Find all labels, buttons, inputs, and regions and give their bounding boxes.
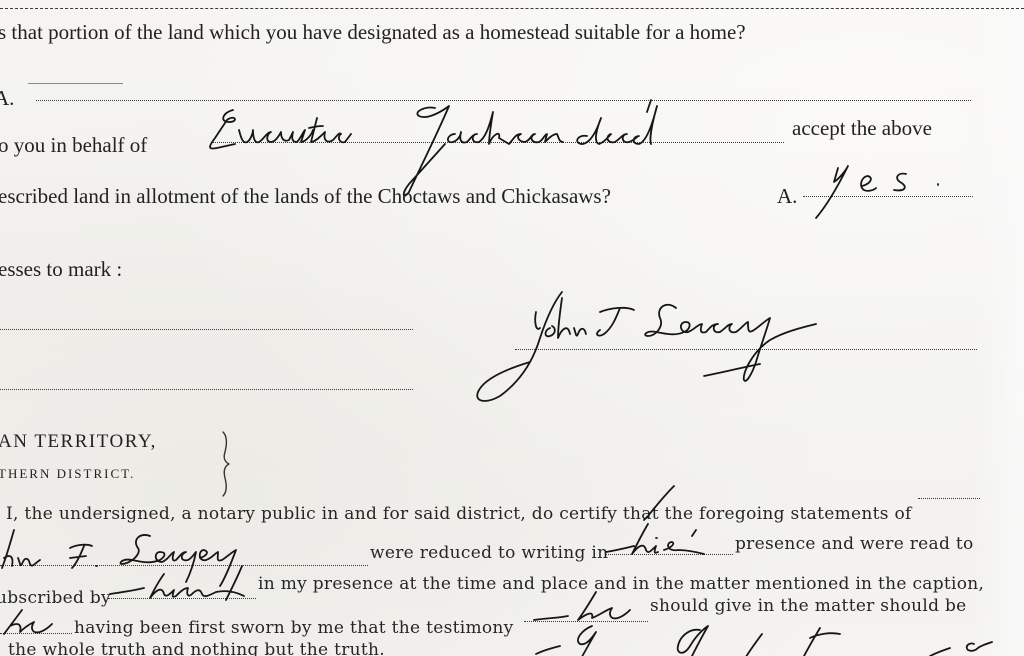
witnesses-label: esses to mark : <box>0 259 122 280</box>
venue-brace <box>215 430 235 500</box>
witness-line-2[interactable] <box>0 389 413 390</box>
handwritten-he <box>0 608 80 638</box>
stray-mark <box>28 83 123 84</box>
handwritten-him <box>100 560 270 610</box>
certification-line4b: should give in the matter should be <box>650 598 967 615</box>
certification-line4a: having been first sworn by me that the t… <box>74 620 514 637</box>
handwritten-stroke <box>640 484 680 524</box>
homestead-answer-label: A. <box>0 88 14 109</box>
certification-line1: I, the undersigned, a notary public in a… <box>6 506 912 523</box>
venue-district: THERN DISTRICT. <box>0 467 135 480</box>
venue-territory: AN TERRITORY, <box>0 432 157 451</box>
top-rule <box>0 8 1024 9</box>
certification-line2a: were reduced to writing in <box>370 545 608 562</box>
certification-line3-prefix: ubscribed by <box>0 590 111 607</box>
witness-line-1[interactable] <box>0 329 413 330</box>
handwritten-his <box>604 520 734 560</box>
acceptance-suffix: accept the above <box>792 118 932 139</box>
acceptance-prefix: o you in behalf of <box>0 135 147 156</box>
statements-of-line[interactable] <box>918 498 980 499</box>
handwritten-signature-john-t-larcey <box>470 288 830 408</box>
handwritten-date-signature-fragment <box>530 620 1024 656</box>
acceptance-answer-label: A. <box>777 186 797 207</box>
certification-line5: the whole truth and nothing but the trut… <box>8 642 385 656</box>
handwritten-yes <box>810 160 950 230</box>
acceptance-line2: escribed land in allotment of the lands … <box>0 186 611 207</box>
homestead-question: s that portion of the land which you hav… <box>0 22 746 43</box>
certification-line2b: presence and were read to <box>735 536 974 553</box>
page-edge <box>974 0 1024 656</box>
